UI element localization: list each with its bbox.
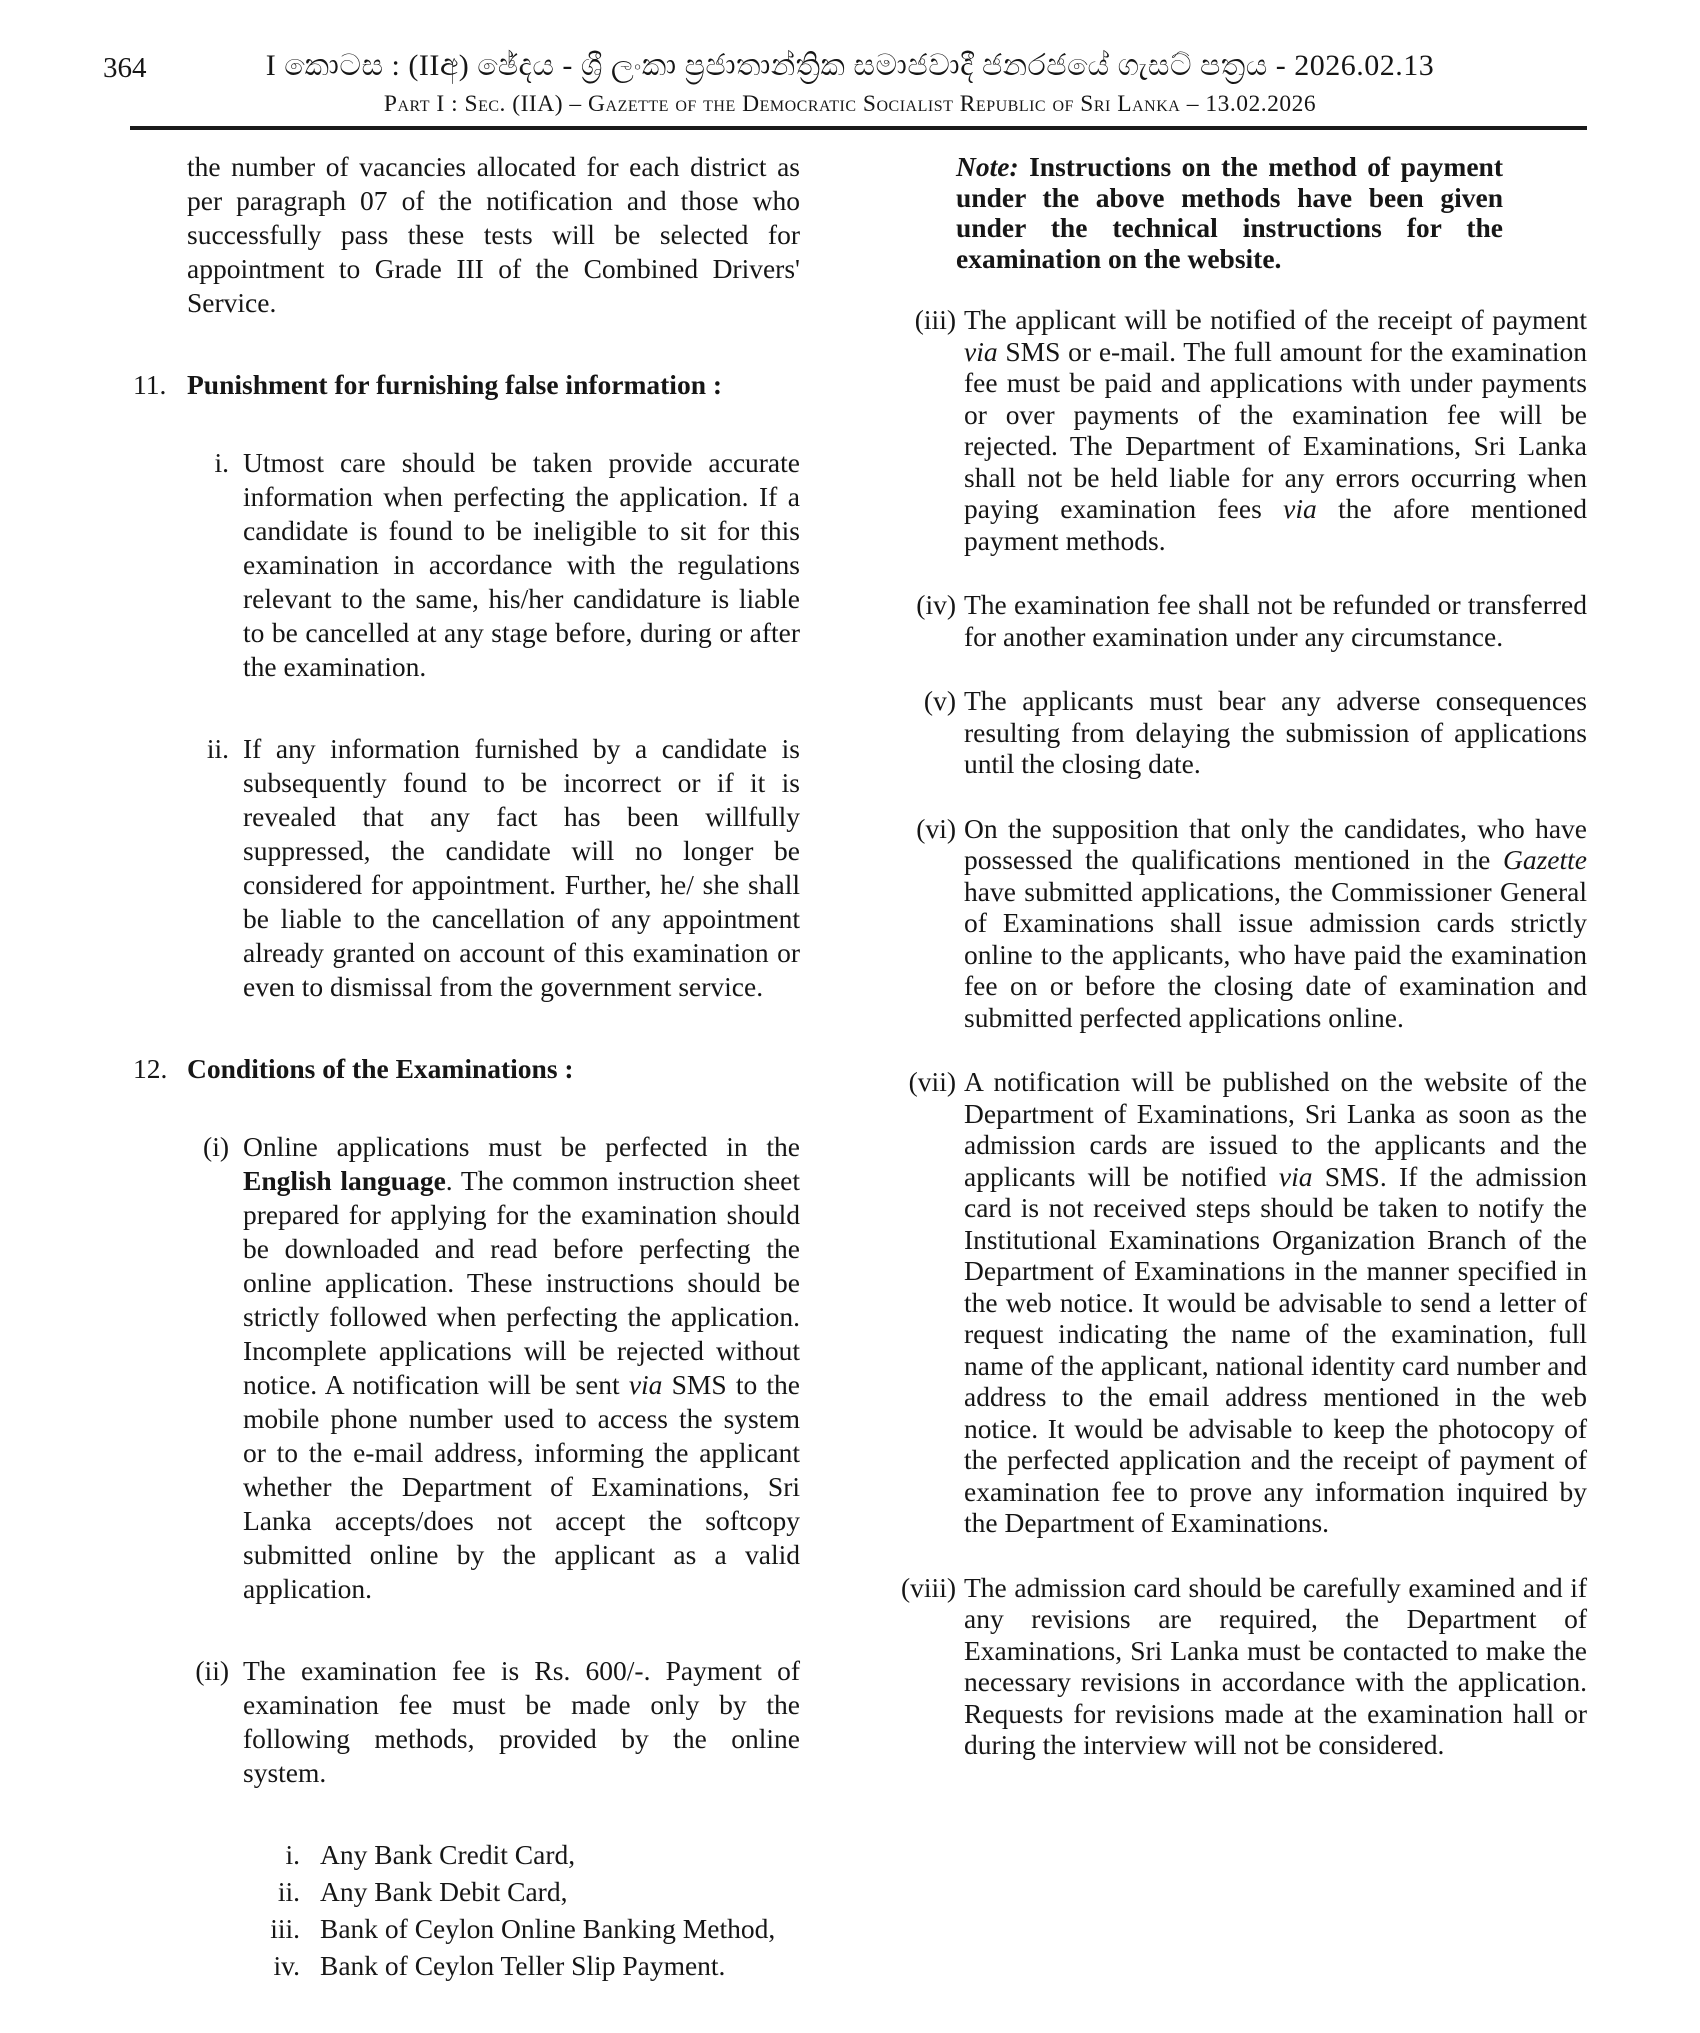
item-text: The examination fee shall not be refunde…	[964, 589, 1587, 652]
list-item: (v) The applicants must bear any adverse…	[880, 685, 1587, 780]
item-text: Bank of Ceylon Online Banking Method,	[320, 1912, 775, 1946]
item-text: Online applications must be perfected in…	[243, 1130, 800, 1606]
list-item: (vii) A notification will be published o…	[880, 1066, 1587, 1539]
item-text: Utmost care should be taken provide accu…	[243, 446, 800, 684]
list-item: (viii) The admission card should be care…	[880, 1572, 1587, 1761]
item-text: The examination fee is Rs. 600/-. Paymen…	[243, 1654, 800, 1790]
left-column: the number of vacancies allocated for ea…	[133, 150, 800, 1986]
gazette-page: 364 I කොටස : (IIඅ) ඡේදය - ශ්‍රී ලංකා ප්‍…	[0, 0, 1700, 2033]
item-label: iii.	[233, 1912, 300, 1946]
list-item: (i) Online applications must be perfecte…	[133, 1130, 800, 1606]
list-item: i. Utmost care should be taken provide a…	[133, 446, 800, 684]
note-paragraph: Note: Instructions on the method of paym…	[956, 152, 1503, 274]
list-item: (vi) On the supposition that only the ca…	[880, 813, 1587, 1034]
item-label: ii.	[133, 732, 229, 1004]
gazette-title-sinhala: I කොටස : (IIඅ) ඡේදය - ශ්‍රී ලංකා ප්‍රජාත…	[0, 46, 1700, 86]
page-header: I කොටස : (IIඅ) ඡේදය - ශ්‍රී ලංකා ප්‍රජාත…	[0, 0, 1700, 130]
item-label: (ii)	[133, 1654, 229, 1790]
item-label: (iii)	[880, 304, 956, 556]
item-text: The admission card should be carefully e…	[964, 1572, 1587, 1761]
section-title: Punishment for furnishing false informat…	[187, 368, 722, 402]
list-item: iii. Bank of Ceylon Online Banking Metho…	[233, 1912, 800, 1946]
right-column: Note: Instructions on the method of paym…	[880, 150, 1587, 1986]
section-title: Conditions of the Examinations :	[187, 1052, 574, 1086]
continuation-paragraph: the number of vacancies allocated for ea…	[187, 150, 800, 320]
page-number: 364	[103, 52, 147, 85]
item-label: i.	[133, 446, 229, 684]
item-label: iv.	[233, 1949, 300, 1983]
item-text: Bank of Ceylon Teller Slip Payment.	[320, 1949, 725, 1983]
item-text: If any information furnished by a candid…	[243, 732, 800, 1004]
payment-methods-list: i. Any Bank Credit Card, ii. Any Bank De…	[233, 1838, 800, 1983]
item-text: Any Bank Debit Card,	[320, 1875, 567, 1909]
list-item: iv. Bank of Ceylon Teller Slip Payment.	[233, 1949, 800, 1983]
list-item: (iii) The applicant will be notified of …	[880, 304, 1587, 556]
item-label: (v)	[880, 685, 956, 780]
item-label: (vii)	[880, 1066, 956, 1539]
item-text: The applicant will be notified of the re…	[964, 304, 1587, 556]
section-11-heading: 11. Punishment for furnishing false info…	[133, 368, 800, 402]
gazette-title-english: Part I : Sec. (IIA) – Gazette of the Dem…	[0, 91, 1700, 117]
list-item: (ii) The examination fee is Rs. 600/-. P…	[133, 1654, 800, 1790]
list-item: ii. If any information furnished by a ca…	[133, 732, 800, 1004]
list-item: i. Any Bank Credit Card,	[233, 1838, 800, 1872]
item-label: i.	[233, 1838, 300, 1872]
list-item: ii. Any Bank Debit Card,	[233, 1875, 800, 1909]
item-text: Any Bank Credit Card,	[320, 1838, 575, 1872]
item-label: (iv)	[880, 589, 956, 652]
item-text: A notification will be published on the …	[964, 1066, 1587, 1539]
section-number: 11.	[133, 368, 187, 402]
item-label: ii.	[233, 1875, 300, 1909]
section-number: 12.	[133, 1052, 187, 1086]
section-12-heading: 12. Conditions of the Examinations :	[133, 1052, 800, 1086]
item-text: The applicants must bear any adverse con…	[964, 685, 1587, 780]
item-text: On the supposition that only the candida…	[964, 813, 1587, 1034]
item-label: (vi)	[880, 813, 956, 1034]
content-columns: the number of vacancies allocated for ea…	[0, 130, 1700, 1986]
item-label: (viii)	[880, 1572, 956, 1761]
list-item: (iv) The examination fee shall not be re…	[880, 589, 1587, 652]
item-label: (i)	[133, 1130, 229, 1606]
